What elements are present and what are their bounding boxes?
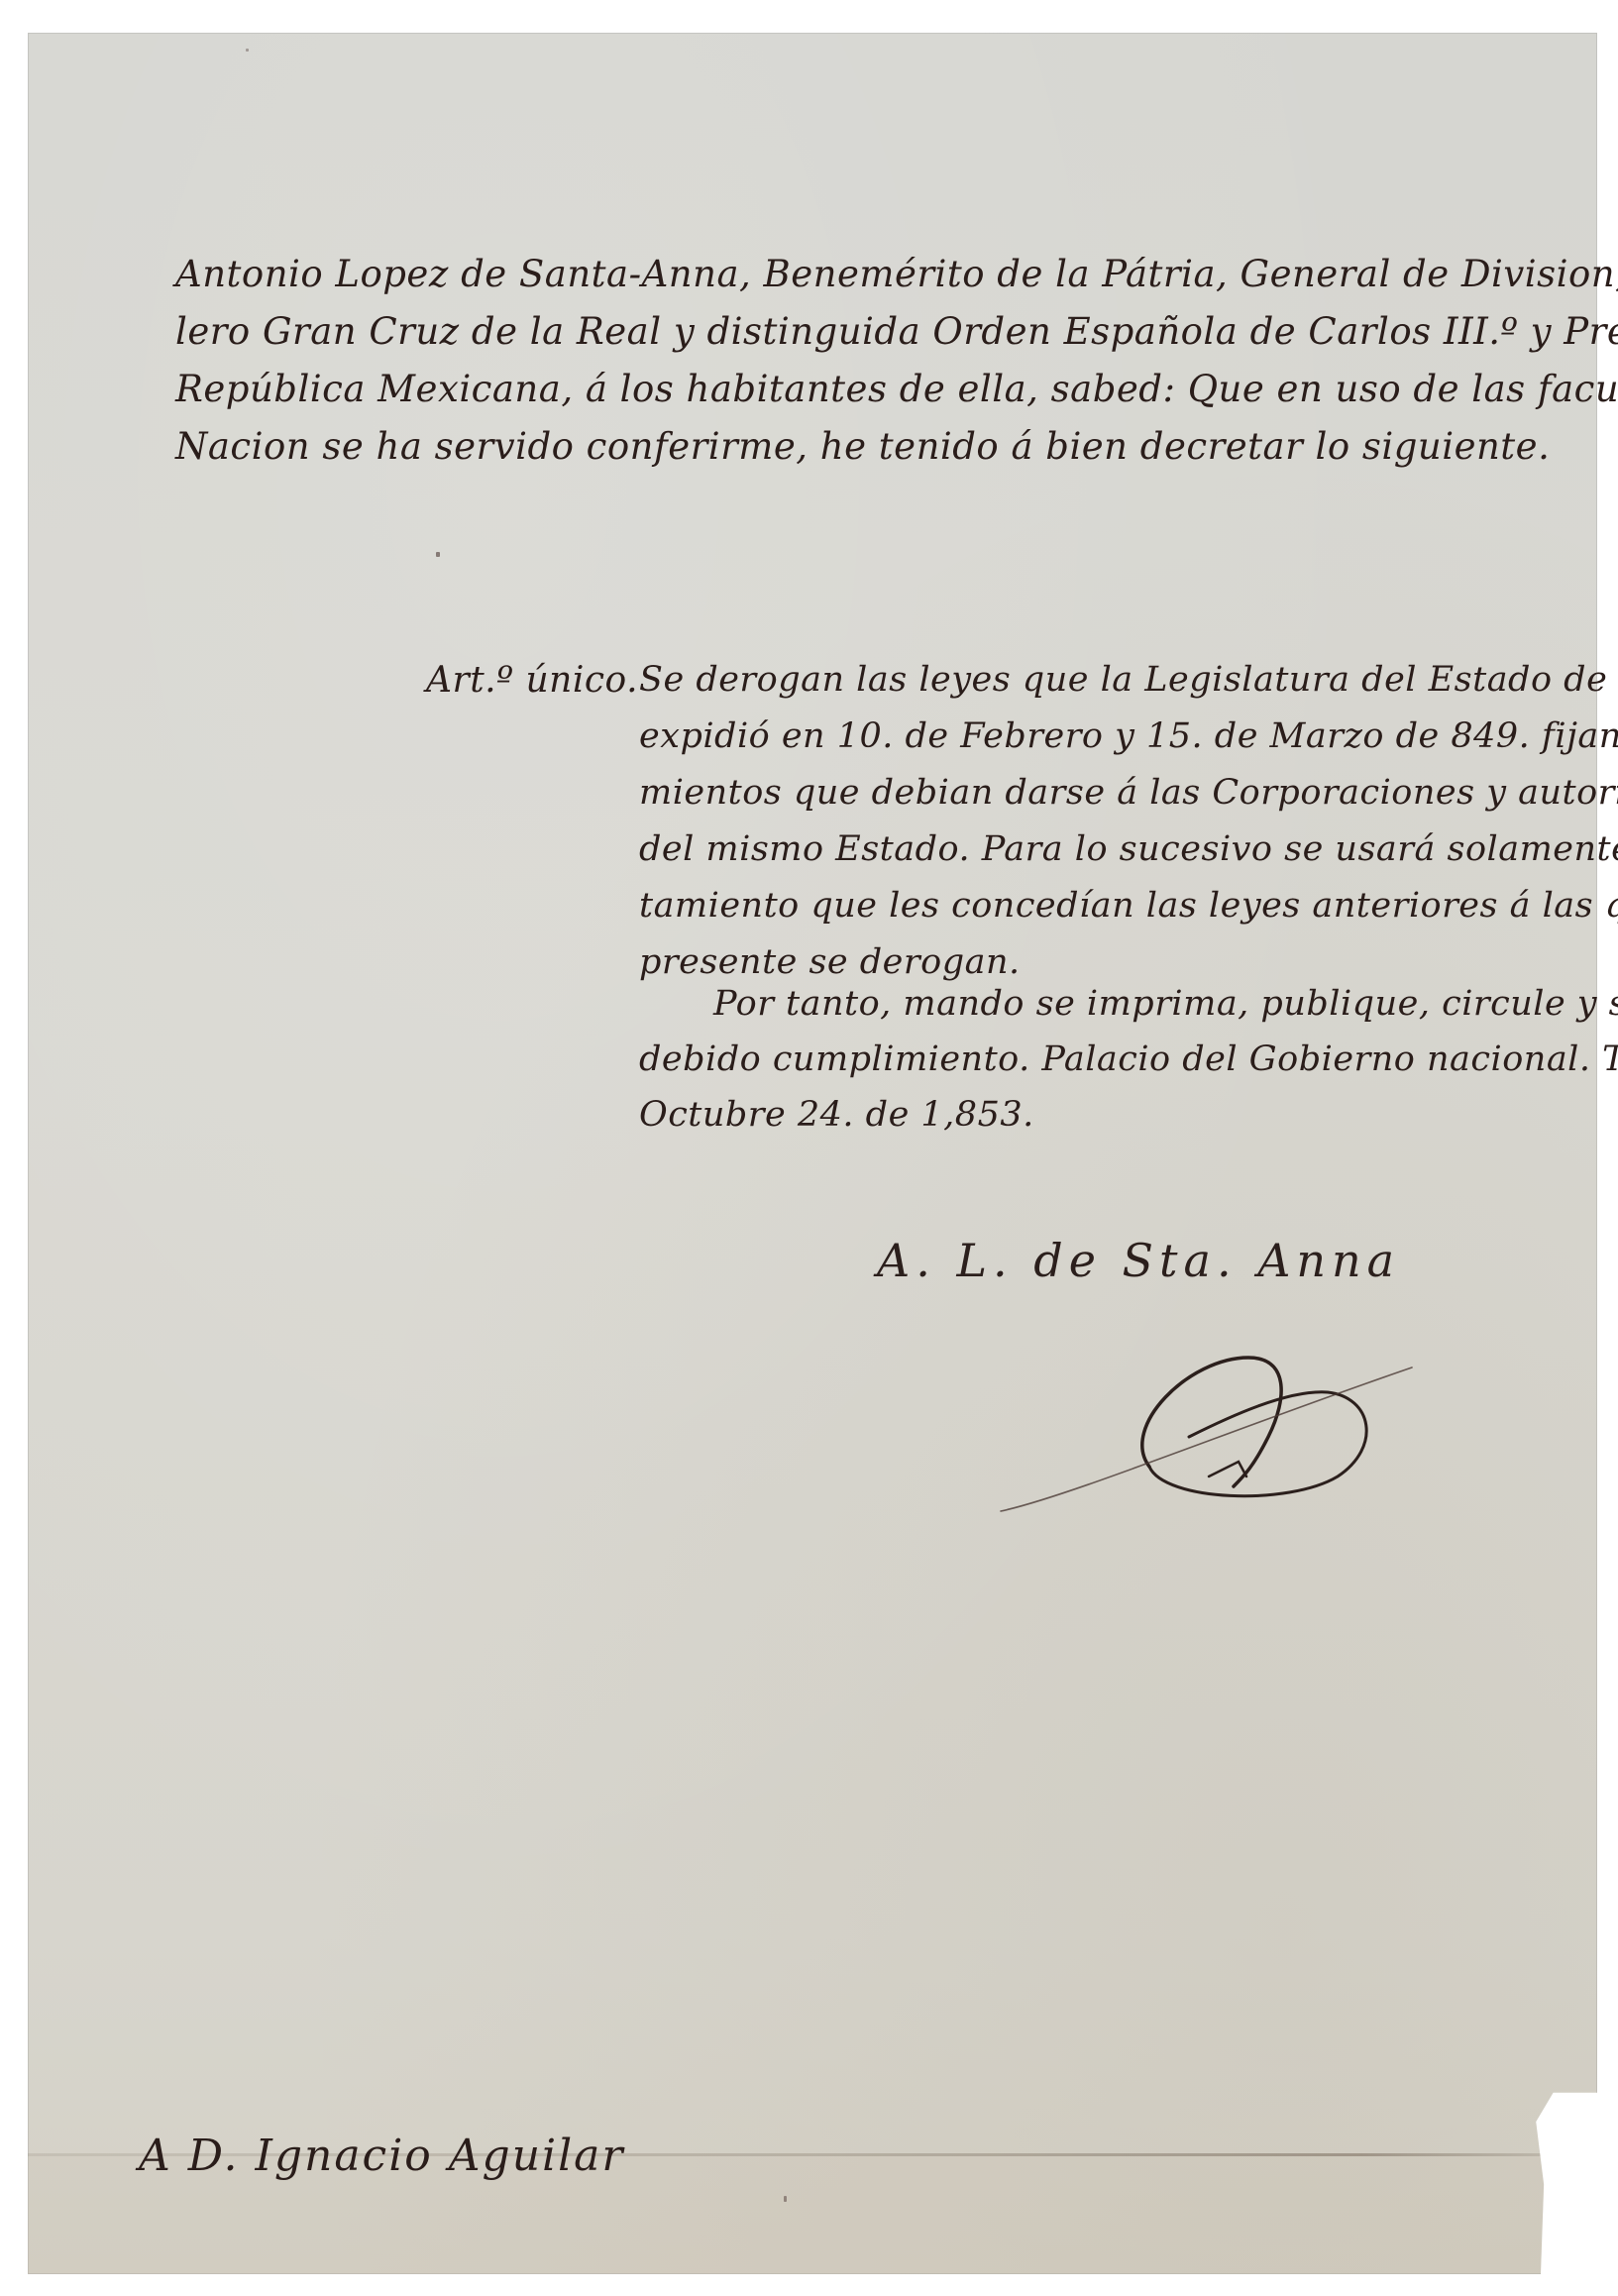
article-line: tamiento que les concedían las leyes ant… [639,878,1618,934]
signature: A. L. de Sta. Anna [877,1234,1400,1287]
article-line: expidió en 10. de Febrero y 15. de Marzo… [639,709,1618,765]
addressee: A D. Ignacio Aguilar [139,2131,624,2181]
article-body: Se derogan las leyes que la Legislatura … [639,652,1618,991]
preamble-line: Antonio Lopez de Santa-Anna, Benemérito … [175,246,1618,303]
article-line: del mismo Estado. Para lo sucesivo se us… [639,821,1618,878]
decree-closing: Por tanto, mando se imprima, publique, c… [639,976,1618,1143]
article-line: Se derogan las leyes que la Legislatura … [639,652,1618,709]
decree-preamble: Antonio Lopez de Santa-Anna, Benemérito … [175,246,1618,476]
article-label: Art.º único. [426,652,638,709]
closing-line: debido cumplimiento. Palacio del Gobiern… [639,1032,1618,1087]
ink-speck [436,552,440,557]
preamble-line: lero Gran Cruz de la Real y distinguida … [175,303,1618,361]
closing-date: Octubre 24. de 1,853. [639,1087,1618,1143]
ink-speck [246,49,249,52]
signature-rubric-icon [991,1338,1417,1516]
closing-line: Por tanto, mando se imprima, publique, c… [639,976,1618,1032]
preamble-line: Nacion se ha servido conferirme, he teni… [175,418,1618,476]
preamble-line: República Mexicana, á los habitantes de … [175,361,1618,418]
article-line: mientos que debian darse á las Corporaci… [639,765,1618,821]
